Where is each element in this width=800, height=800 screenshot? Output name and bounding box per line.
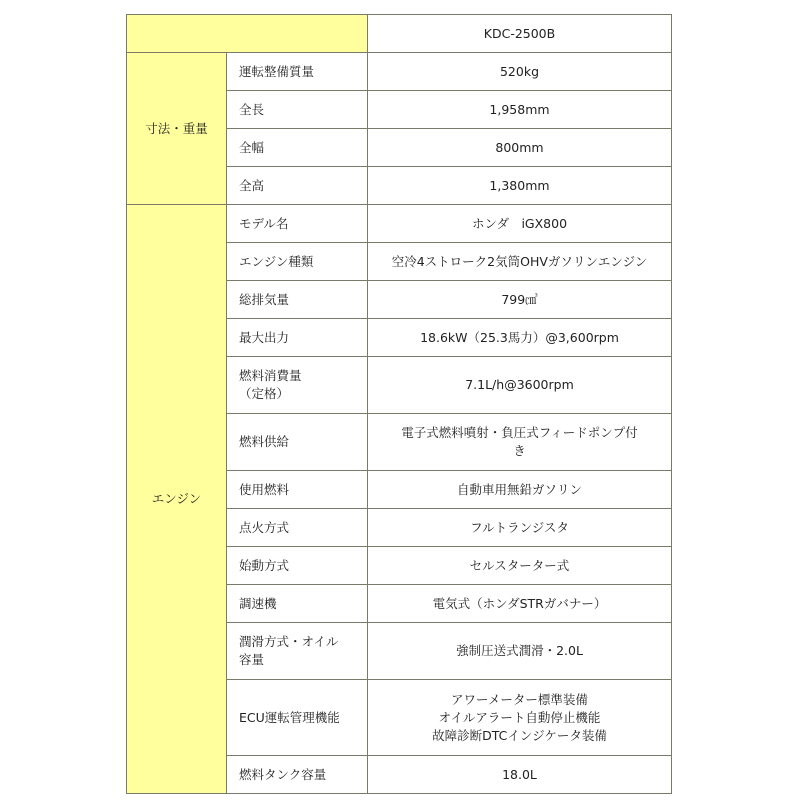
category-engine: エンジン <box>127 205 227 794</box>
row-value: 799㎤ <box>368 281 672 319</box>
row-value-line: 故障診断DTCインジケータ装備 <box>380 727 659 745</box>
row-label: 使用燃料 <box>227 471 368 509</box>
row-label-line: 燃料消費量 <box>239 367 355 385</box>
row-value: 18.0L <box>368 756 672 794</box>
header-row: KDC-2500B <box>127 15 672 53</box>
row-value: 7.1L/h@3600rpm <box>368 357 672 414</box>
row-label: 運転整備質量 <box>227 53 368 91</box>
row-value: 空冷4ストローク2気筒OHVガソリンエンジン <box>368 243 672 281</box>
row-label: 燃料消費量 （定格） <box>227 357 368 414</box>
row-label: 始動方式 <box>227 547 368 585</box>
row-value: アワーメーター標準装備 オイルアラート自動停止機能 故障診断DTCインジケータ装… <box>368 680 672 756</box>
row-label-line: （定格） <box>239 385 355 403</box>
row-label: ECU運転管理機能 <box>227 680 368 756</box>
row-value-line: き <box>380 442 659 460</box>
row-value: 1,380mm <box>368 167 672 205</box>
row-label: 燃料供給 <box>227 414 368 471</box>
row-value-line: 電子式燃料噴射・負圧式フィードポンプ付 <box>380 424 659 442</box>
row-value: 自動車用無鉛ガソリン <box>368 471 672 509</box>
row-value-line: オイルアラート自動停止機能 <box>380 709 659 727</box>
row-value: ホンダ iGX800 <box>368 205 672 243</box>
row-label: 総排気量 <box>227 281 368 319</box>
row-label: 全高 <box>227 167 368 205</box>
row-value: フルトランジスタ <box>368 509 672 547</box>
row-value: 1,958mm <box>368 91 672 129</box>
row-label: モデル名 <box>227 205 368 243</box>
row-label: 調速機 <box>227 585 368 623</box>
row-label: エンジン種類 <box>227 243 368 281</box>
row-value: セルスターター式 <box>368 547 672 585</box>
row-value: 800mm <box>368 129 672 167</box>
row-value: 電気式（ホンダSTRガバナー） <box>368 585 672 623</box>
row-label: 最大出力 <box>227 319 368 357</box>
category-dimensions: 寸法・重量 <box>127 53 227 205</box>
row-value: 520kg <box>368 53 672 91</box>
row-label-line: 容量 <box>239 651 355 669</box>
table-row: エンジン モデル名 ホンダ iGX800 <box>127 205 672 243</box>
row-label: 全長 <box>227 91 368 129</box>
row-label: 全幅 <box>227 129 368 167</box>
row-label: 点火方式 <box>227 509 368 547</box>
row-label-line: 潤滑方式・オイル <box>239 633 355 651</box>
row-value-line: アワーメーター標準装備 <box>380 691 659 709</box>
row-label: 潤滑方式・オイル 容量 <box>227 623 368 680</box>
spec-table: KDC-2500B 寸法・重量 運転整備質量 520kg 全長 1,958mm … <box>126 14 672 794</box>
row-value: 強制圧送式潤滑・2.0L <box>368 623 672 680</box>
row-value: 電子式燃料噴射・負圧式フィードポンプ付 き <box>368 414 672 471</box>
model-name-header: KDC-2500B <box>368 15 672 53</box>
row-label: 燃料タンク容量 <box>227 756 368 794</box>
row-value: 18.6kW（25.3馬力）@3,600rpm <box>368 319 672 357</box>
table-row: 寸法・重量 運転整備質量 520kg <box>127 53 672 91</box>
header-blank-cell <box>127 15 368 53</box>
